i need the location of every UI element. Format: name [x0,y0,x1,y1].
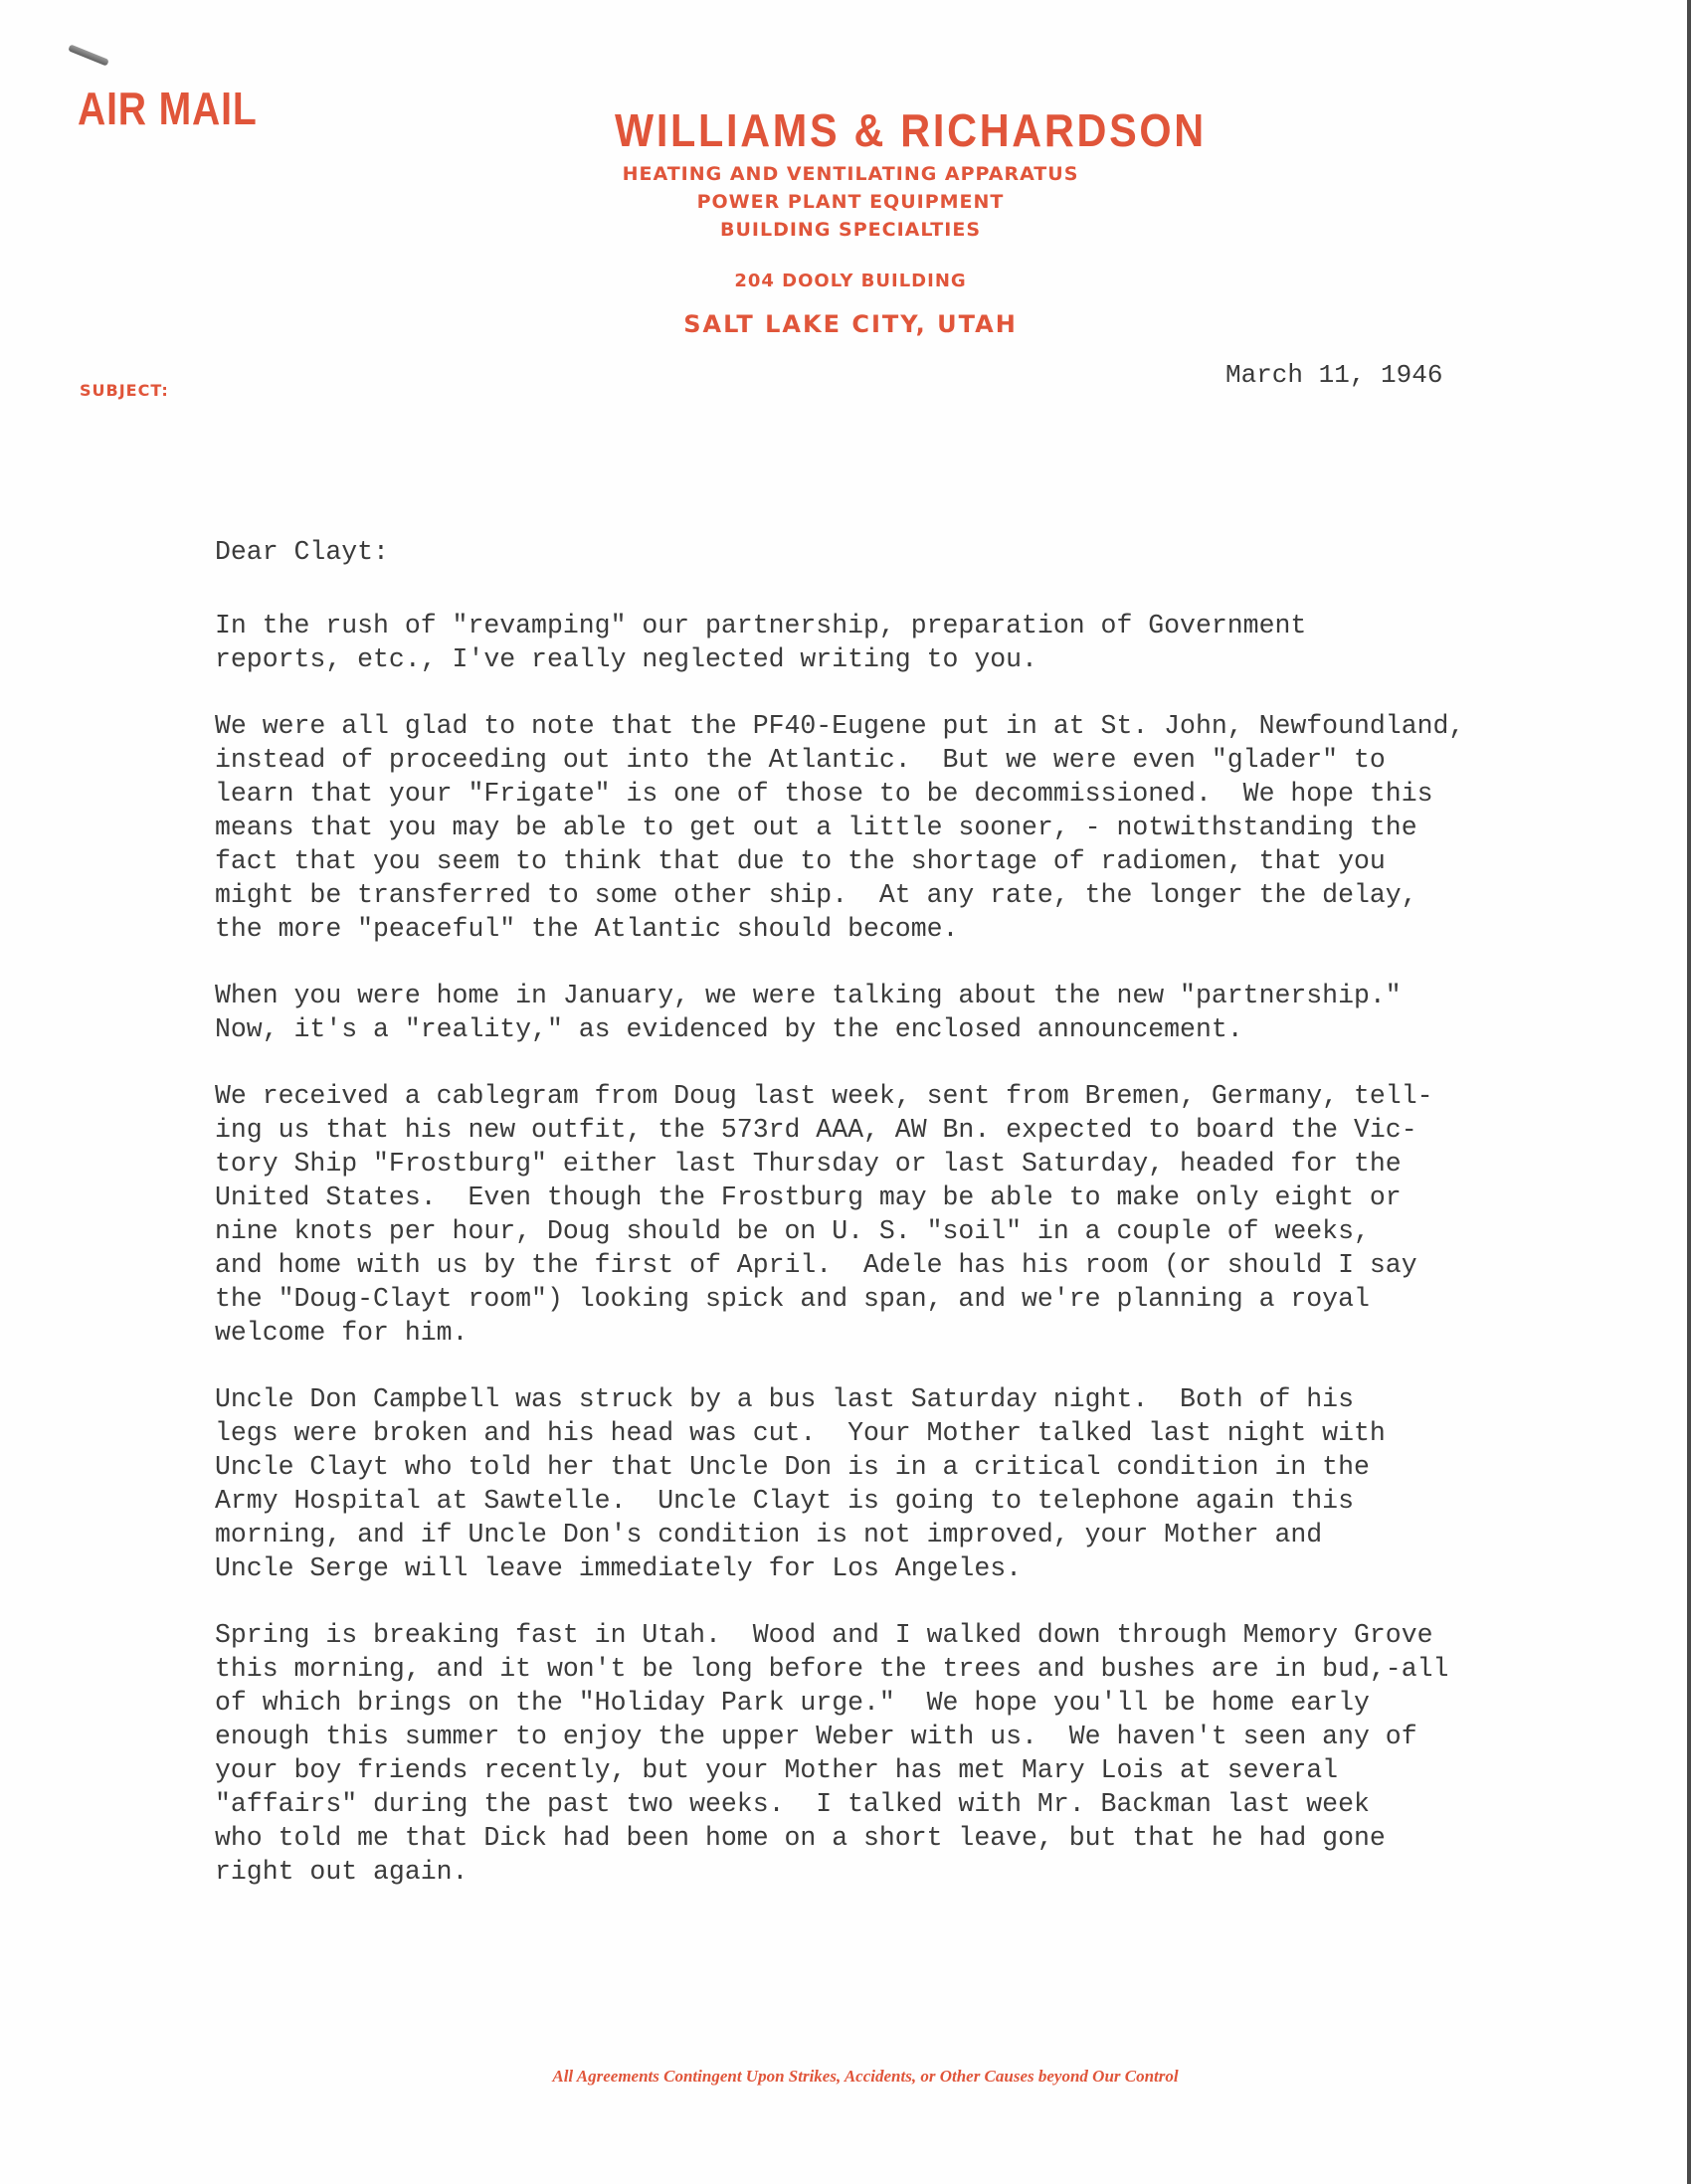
letter-page: AIR MAIL WILLIAMS & RICHARDSON HEATING A… [0,0,1691,2184]
paragraph: Spring is breaking fast in Utah. Wood an… [215,1618,1568,1889]
subject-label: SUBJECT: [80,381,169,400]
tagline-building: BUILDING SPECIALTIES [527,219,1174,241]
letter-body: Dear Clayt: In the rush of "revamping" o… [215,535,1568,1921]
page-edge-shadow [1687,0,1691,2184]
paragraph-line: instead of proceeding out into the Atlan… [215,743,1568,777]
paragraph-line: and home with us by the first of April. … [215,1248,1568,1282]
paragraph-line: ing us that his new outfit, the 573rd AA… [215,1113,1568,1147]
paragraph-line: We were all glad to note that the PF40-E… [215,709,1568,743]
paragraph: Uncle Don Campbell was struck by a bus l… [215,1382,1568,1585]
paragraph-line: Now, it's a "reality," as evidenced by t… [215,1012,1568,1046]
paragraph-line: who told me that Dick had been home on a… [215,1821,1568,1855]
footer-disclaimer-text: All Agreements Contingent Upon Strikes, … [552,2067,1178,2087]
paragraph-line: the "Doug-Clayt room") looking spick and… [215,1282,1568,1316]
paragraph-line: this morning, and it won't be long befor… [215,1652,1568,1686]
paragraph-line: right out again. [215,1855,1568,1889]
paragraph-line: Uncle Serge will leave immediately for L… [215,1551,1568,1585]
paragraph-line: might be transferred to some other ship.… [215,878,1568,912]
paragraph-line: Spring is breaking fast in Utah. Wood an… [215,1618,1568,1652]
company-name-text: WILLIAMS & RICHARDSON [615,103,1207,157]
letter-paragraphs: In the rush of "revamping" our partnersh… [215,609,1568,1889]
paragraph-line: legs were broken and his head was cut. Y… [215,1416,1568,1450]
paragraph-line: We received a cablegram from Doug last w… [215,1079,1568,1113]
paragraph-line: When you were home in January, we were t… [215,979,1568,1012]
company-address: 204 DOOLY BUILDING [527,271,1174,291]
paragraph-line: "affairs" during the past two weeks. I t… [215,1787,1568,1821]
paragraph: We were all glad to note that the PF40-E… [215,709,1568,946]
paragraph: When you were home in January, we were t… [215,979,1568,1046]
paragraph-line: reports, etc., I've really neglected wri… [215,642,1568,676]
paragraph-line: welcome for him. [215,1316,1568,1350]
paragraph-line: Uncle Clayt who told her that Uncle Don … [215,1450,1568,1484]
paragraph-line: learn that your "Frigate" is one of thos… [215,777,1568,811]
paragraph-line: fact that you seem to think that due to … [215,844,1568,878]
tagline-heating: HEATING AND VENTILATING APPARATUS [527,163,1174,185]
staple-icon [68,44,109,66]
paragraph-line: United States. Even though the Frostburg… [215,1181,1568,1214]
salutation: Dear Clayt: [215,535,1568,569]
paragraph-line: Army Hospital at Sawtelle. Uncle Clayt i… [215,1484,1568,1518]
paragraph: In the rush of "revamping" our partnersh… [215,609,1568,676]
company-name: WILLIAMS & RICHARDSON [0,103,1691,157]
company-city: SALT LAKE CITY, UTAH [527,310,1174,338]
paragraph-line: tory Ship "Frostburg" either last Thursd… [215,1147,1568,1181]
paragraph-line: of which brings on the "Holiday Park urg… [215,1686,1568,1720]
paragraph-line: In the rush of "revamping" our partnersh… [215,609,1568,642]
paragraph-line: enough this summer to enjoy the upper We… [215,1720,1568,1753]
paragraph: We received a cablegram from Doug last w… [215,1079,1568,1350]
tagline-power: POWER PLANT EQUIPMENT [527,191,1174,213]
paragraph-line: your boy friends recently, but your Moth… [215,1753,1568,1787]
footer-disclaimer: All Agreements Contingent Upon Strikes, … [0,2067,1691,2087]
paragraph-line: nine knots per hour, Doug should be on U… [215,1214,1568,1248]
paragraph-line: the more "peaceful" the Atlantic should … [215,912,1568,946]
letter-date: March 11, 1946 [1225,360,1442,390]
paragraph-line: Uncle Don Campbell was struck by a bus l… [215,1382,1568,1416]
paragraph-line: morning, and if Uncle Don's condition is… [215,1518,1568,1551]
paragraph-line: means that you may be able to get out a … [215,811,1568,844]
